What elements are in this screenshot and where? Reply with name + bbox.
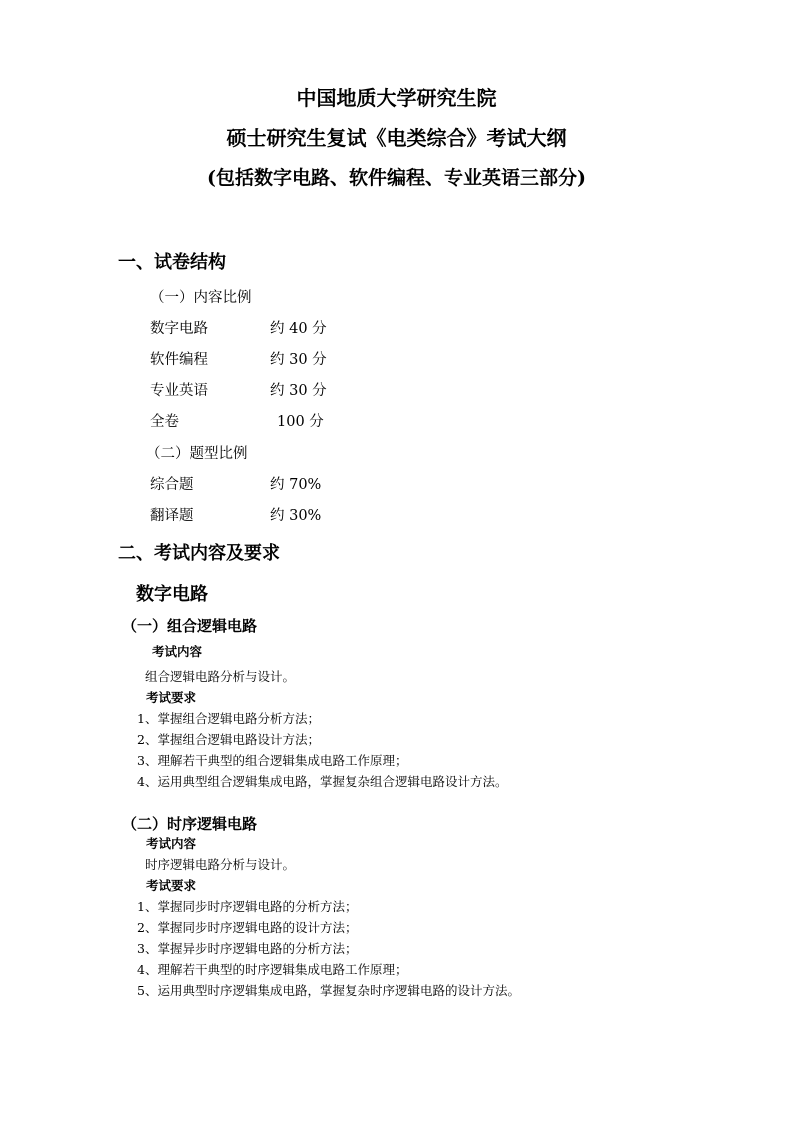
ratio-label: 综合题 xyxy=(150,478,194,493)
ratio-value: 约 30 分 xyxy=(270,384,327,399)
ratio-label: 软件编程 xyxy=(150,353,208,368)
ratio-value: 100 分 xyxy=(277,415,324,430)
part-heading: （二）时序逻辑电路 xyxy=(122,817,257,832)
ratio-value: 约 70% xyxy=(270,478,321,493)
requirements-label: 考试要求 xyxy=(146,692,196,705)
ratio-label: 数字电路 xyxy=(150,322,208,337)
content-label: 考试内容 xyxy=(152,646,202,659)
requirement-item: 1、掌握组合逻辑电路分析方法； xyxy=(137,713,320,726)
requirement-item: 5、运用典型时序逻辑集成电路，掌握复杂时序逻辑电路的设计方法。 xyxy=(137,985,520,998)
requirement-item: 4、运用典型组合逻辑集成电路，掌握复杂组合逻辑电路设计方法。 xyxy=(137,776,507,789)
requirement-item: 2、掌握组合逻辑电路设计方法； xyxy=(137,734,320,747)
document-subtitle: (包括数字电路、软件编程、专业英语三部分) xyxy=(0,169,793,188)
ratio-label: 翻译题 xyxy=(150,509,194,524)
requirement-item: 3、掌握异步时序逻辑电路的分析方法； xyxy=(137,943,357,956)
document-title: 硕士研究生复试《电类综合》考试大纲 xyxy=(0,128,793,148)
subsection-content-ratio: （一）内容比例 xyxy=(150,291,252,306)
ratio-value: 约 30 分 xyxy=(270,353,327,368)
requirement-item: 2、掌握同步时序逻辑电路的设计方法； xyxy=(137,922,357,935)
content-text: 时序逻辑电路分析与设计。 xyxy=(145,859,295,872)
ratio-label: 全卷 xyxy=(150,415,179,430)
institution-title: 中国地质大学研究生院 xyxy=(0,88,793,108)
requirement-item: 1、掌握同步时序逻辑电路的分析方法； xyxy=(137,901,357,914)
content-text: 组合逻辑电路分析与设计。 xyxy=(145,671,295,684)
subject-heading: 数字电路 xyxy=(136,586,208,604)
section-heading-content: 二、考试内容及要求 xyxy=(118,545,280,563)
ratio-value: 约 30% xyxy=(270,509,321,524)
part-heading: （一）组合逻辑电路 xyxy=(122,619,257,634)
content-label: 考试内容 xyxy=(146,838,196,851)
requirements-label: 考试要求 xyxy=(146,880,196,893)
requirement-item: 3、理解若干典型的组合逻辑集成电路工作原理； xyxy=(137,755,407,768)
ratio-label: 专业英语 xyxy=(150,384,208,399)
ratio-value: 约 40 分 xyxy=(270,322,327,337)
requirement-item: 4、理解若干典型的时序逻辑集成电路工作原理； xyxy=(137,964,407,977)
section-heading-structure: 一、试卷结构 xyxy=(118,254,226,272)
subsection-type-ratio: （二）题型比例 xyxy=(146,447,248,462)
